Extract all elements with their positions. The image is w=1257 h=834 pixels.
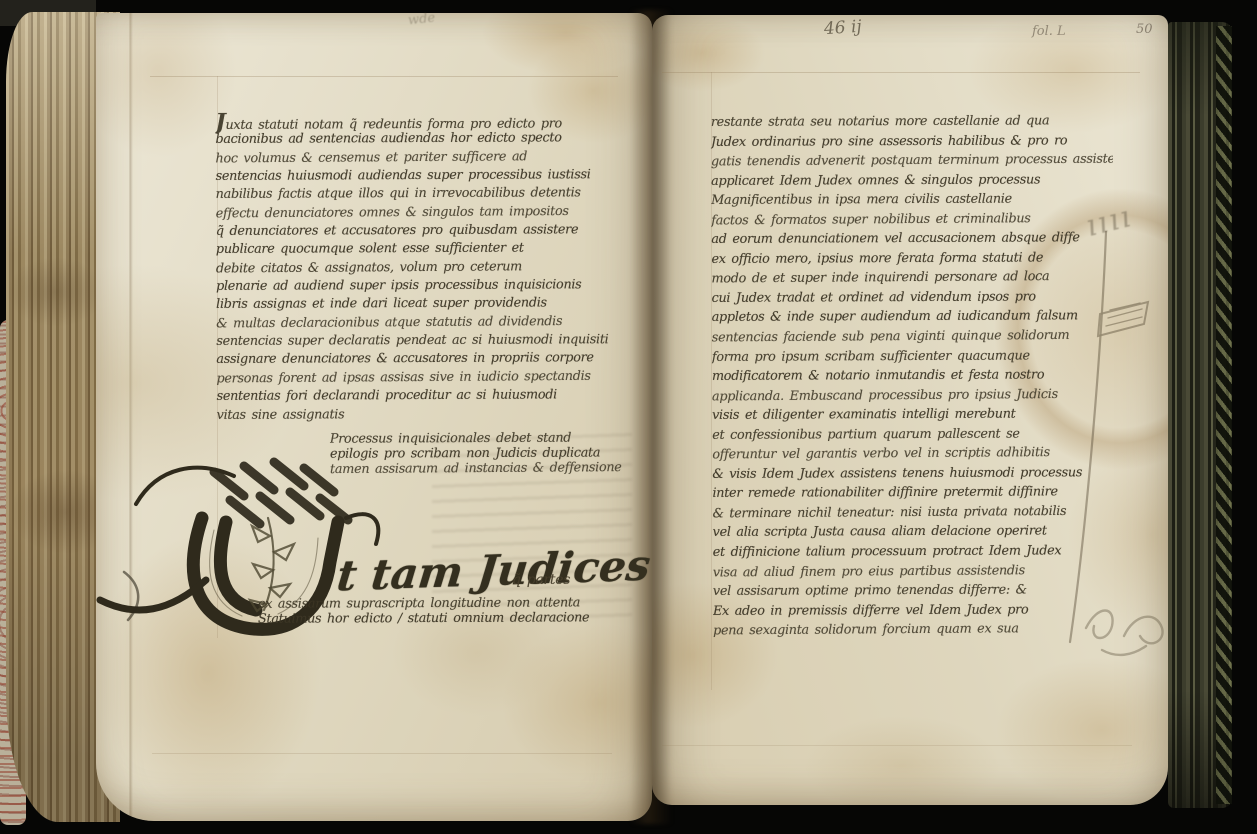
manuscript-line: sentencias huiusmodi audiendas super pro… [216,166,624,186]
manuscript-line: Magnificentibus in ipsa mera civilis cas… [711,189,1113,210]
manuscript-line: Statuimus hor edicto / statuti omnium de… [258,610,608,627]
left-page-text-block: Juxta statuti notam q̃ redeuntis forma p… [215,111,624,429]
manuscript-line: publicare quocumque solent esse sufficie… [216,240,624,260]
manuscript-line: personas forent ad ipsas assisas sive in… [216,367,624,388]
manuscript-line: Juxta statuti notam q̃ redeuntis forma p… [215,111,623,131]
gutter-shadow [630,10,672,824]
manuscript-line: q̃ denunciatores et accusatores pro quib… [216,221,624,241]
ruling-line [150,76,618,77]
manuscript-line: restante strata seu notarius more castel… [711,111,1113,132]
manuscript-line: sententias fori declarandi proceditur ac… [217,386,625,406]
manuscript-line: assignare denunciatores & accusatores in… [216,350,624,370]
manuscript-line: libris assignas et inde dari liceat supe… [216,295,624,315]
manuscript-line: plenarie ad audiend super ipsis processi… [216,276,624,296]
manuscript-line: sentencias super declaratis pendeat ac s… [216,331,624,351]
ruling-line [152,753,612,754]
heading-suffix: q̃ partes [512,572,570,588]
faint-ink-offset-mark: wde [407,11,436,29]
manuscript-line: debite citatos & assignatos, volum pro c… [216,257,624,278]
manuscript-photo: wde 46 ij fol. L 50 Juxta statuti notam … [0,0,1257,834]
manuscript-line: applicaret Idem Judex omnes & singulos p… [711,170,1113,191]
manuscript-line: & multas declaracionibus atque statutis … [216,312,624,333]
manuscript-line: vitas sine assignatis [217,405,625,425]
manuscript-line: effectu denunciatores omnes & singulos t… [216,202,624,223]
ruling-line [662,72,1140,73]
modern-folio-label: fol. L [1032,24,1066,39]
pencil-page-number: 50 [1136,22,1153,37]
manuscript-line: ex assisarum suprascripta longitudine no… [258,595,608,612]
ruling-line [662,745,1132,746]
manuscript-line: gatis tenendis advenerit postquam termin… [711,150,1113,172]
manuscript-line: hoc volumus & censemus et pariter suffic… [215,147,623,168]
margin-flourish [1072,584,1182,664]
right-cover-chevron-edge [1216,26,1232,804]
left-page-closing-lines: ex assisarum suprascripta longitudine no… [258,595,608,639]
old-ink-folio-number: 46 ij [823,17,862,40]
manuscript-line: nabilibus factis atque illos qui in irre… [216,184,624,204]
manuscript-line: Judex ordinarius pro sine assessoris hab… [711,131,1113,152]
